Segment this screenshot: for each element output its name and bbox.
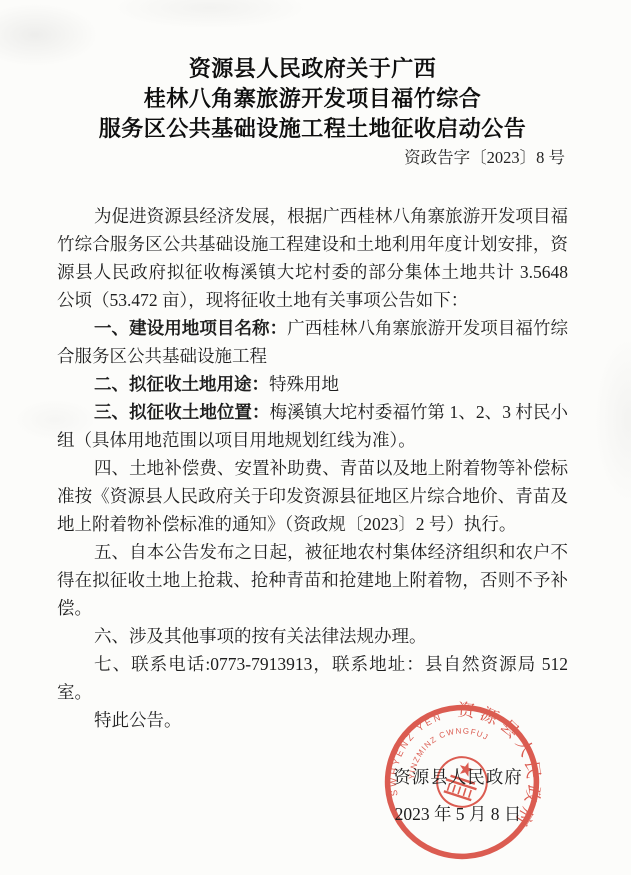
paragraph-item-5: 五、自本公告发布之日起，被征地农村集体经济组织和农户不得在拟征收土地上抢栽、抢种… bbox=[57, 538, 568, 622]
document-content: 资源县人民政府关于广西 桂林八角寨旅游开发项目福竹综合 服务区公共基础设施工程土… bbox=[57, 54, 568, 734]
reference-number: 资政告字〔2023〕8 号 bbox=[57, 146, 568, 170]
title-line-1: 资源县人民政府关于广西 bbox=[57, 54, 568, 84]
title-line-2: 桂林八角寨旅游开发项目福竹综合 bbox=[57, 84, 568, 114]
paragraph-intro: 为促进资源县经济发展，根据广西桂林八角寨旅游开发项目福竹综合服务区公共基础设施工… bbox=[57, 202, 568, 314]
paragraph-label: 三、拟征收土地位置： bbox=[94, 402, 270, 422]
paragraph-text: 为促进资源县经济发展，根据广西桂林八角寨旅游开发项目福竹综合服务区公共基础设施工… bbox=[57, 206, 568, 310]
paragraph-text: 四、土地补偿费、安置补助费、青苗以及地上附着物等补偿标准按《资源县人民政府关于印… bbox=[57, 458, 568, 534]
paragraph-item-6: 六、涉及其他事项的按有关法律法规办理。 bbox=[57, 622, 568, 650]
title-line-3: 服务区公共基础设施工程土地征收启动公告 bbox=[57, 114, 568, 144]
document-body: 为促进资源县经济发展，根据广西桂林八角寨旅游开发项目福竹综合服务区公共基础设施工… bbox=[57, 202, 568, 734]
paragraph-text: 特此公告。 bbox=[94, 710, 182, 730]
paragraph-item-2: 二、拟征收土地用途：特殊用地 bbox=[57, 370, 568, 398]
paragraph-text: 特殊用地 bbox=[269, 374, 339, 394]
signature-block: 资源县人民政府 2023 年 5 月 8 日 bbox=[376, 764, 540, 826]
paragraph-item-1: 一、建设用地项目名称：广西桂林八角寨旅游开发项目福竹综合服务区公共基础设施工程 bbox=[57, 314, 568, 370]
paragraph-label: 一、建设用地项目名称： bbox=[94, 318, 287, 338]
paragraph-text: 六、涉及其他事项的按有关法律法规办理。 bbox=[94, 626, 427, 646]
paragraph-item-4: 四、土地补偿费、安置补助费、青苗以及地上附着物等补偿标准按《资源县人民政府关于印… bbox=[57, 454, 568, 538]
announcement-page: 资源县人民政府关于广西 桂林八角寨旅游开发项目福竹综合 服务区公共基础设施工程土… bbox=[0, 0, 631, 875]
paragraph-text: 五、自本公告发布之日起，被征地农村集体经济组织和农户不得在拟征收土地上抢栽、抢种… bbox=[57, 542, 568, 618]
paragraph-item-3: 三、拟征收土地位置：梅溪镇大坨村委福竹第 1、2、3 村民小组（具体用地范围以项… bbox=[57, 398, 568, 454]
paragraph-text: 七、联系电话:0773-7913913，联系地址：县自然资源局 512 室。 bbox=[57, 654, 568, 702]
signature-issuer: 资源县人民政府 bbox=[376, 764, 540, 789]
document-title: 资源县人民政府关于广西 桂林八角寨旅游开发项目福竹综合 服务区公共基础设施工程土… bbox=[57, 54, 568, 144]
paragraph-item-7: 七、联系电话:0773-7913913，联系地址：县自然资源局 512 室。 bbox=[57, 650, 568, 706]
paragraph-label: 二、拟征收土地用途： bbox=[94, 374, 269, 394]
signature-date: 2023 年 5 月 8 日 bbox=[376, 801, 540, 826]
